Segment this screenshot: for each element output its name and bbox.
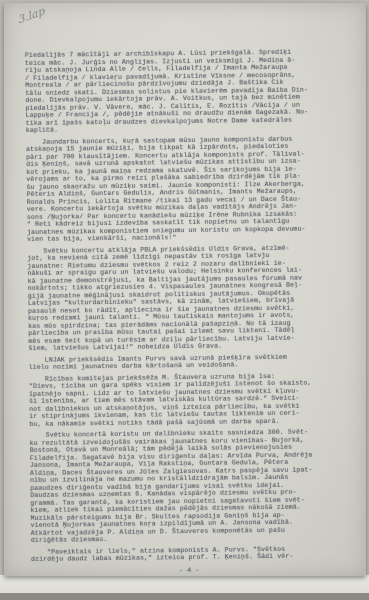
paragraph-grava-speech: Svētku koncertu atklāja PBLA priekšsēdis…: [27, 244, 344, 353]
scan-edge-band: [0, 593, 369, 600]
paragraph-stauvers-speech: Rīcības komitejas priekšsēža M. Štauvera…: [29, 372, 346, 428]
paragraph-church-service: Piedalījās 7 mācītāji ar archibīskapu A.…: [25, 48, 342, 134]
handwritten-page-annotation: 3.lap: [18, 4, 46, 26]
page-number: - 4 -: [31, 565, 347, 577]
paragraph-purvs-speech: LNJAK priekšsēdis Imants Purvs savā uzru…: [29, 353, 345, 372]
underlying-sheet: [0, 575, 369, 593]
document-page: 3.lap Piedalījās 7 mācītāji ar archibīsk…: [4, 3, 366, 576]
paragraph-festival-concert: Svētku koncertā koristu un dalībnieku sk…: [29, 428, 346, 544]
typewritten-text: Piedalījās 7 mācītāji ar archibīskapu A.…: [25, 48, 347, 576]
scanned-document-photo: 3.lap Piedalījās 7 mācītāji ar archibīsk…: [0, 0, 369, 600]
paragraph-closing-quotes: "Paveiktais ir liels," atzina komponists…: [31, 545, 347, 564]
paragraph-new-works-concert: Jaundarbu koncerts, kuŗā sastopam mūsu j…: [26, 135, 343, 244]
